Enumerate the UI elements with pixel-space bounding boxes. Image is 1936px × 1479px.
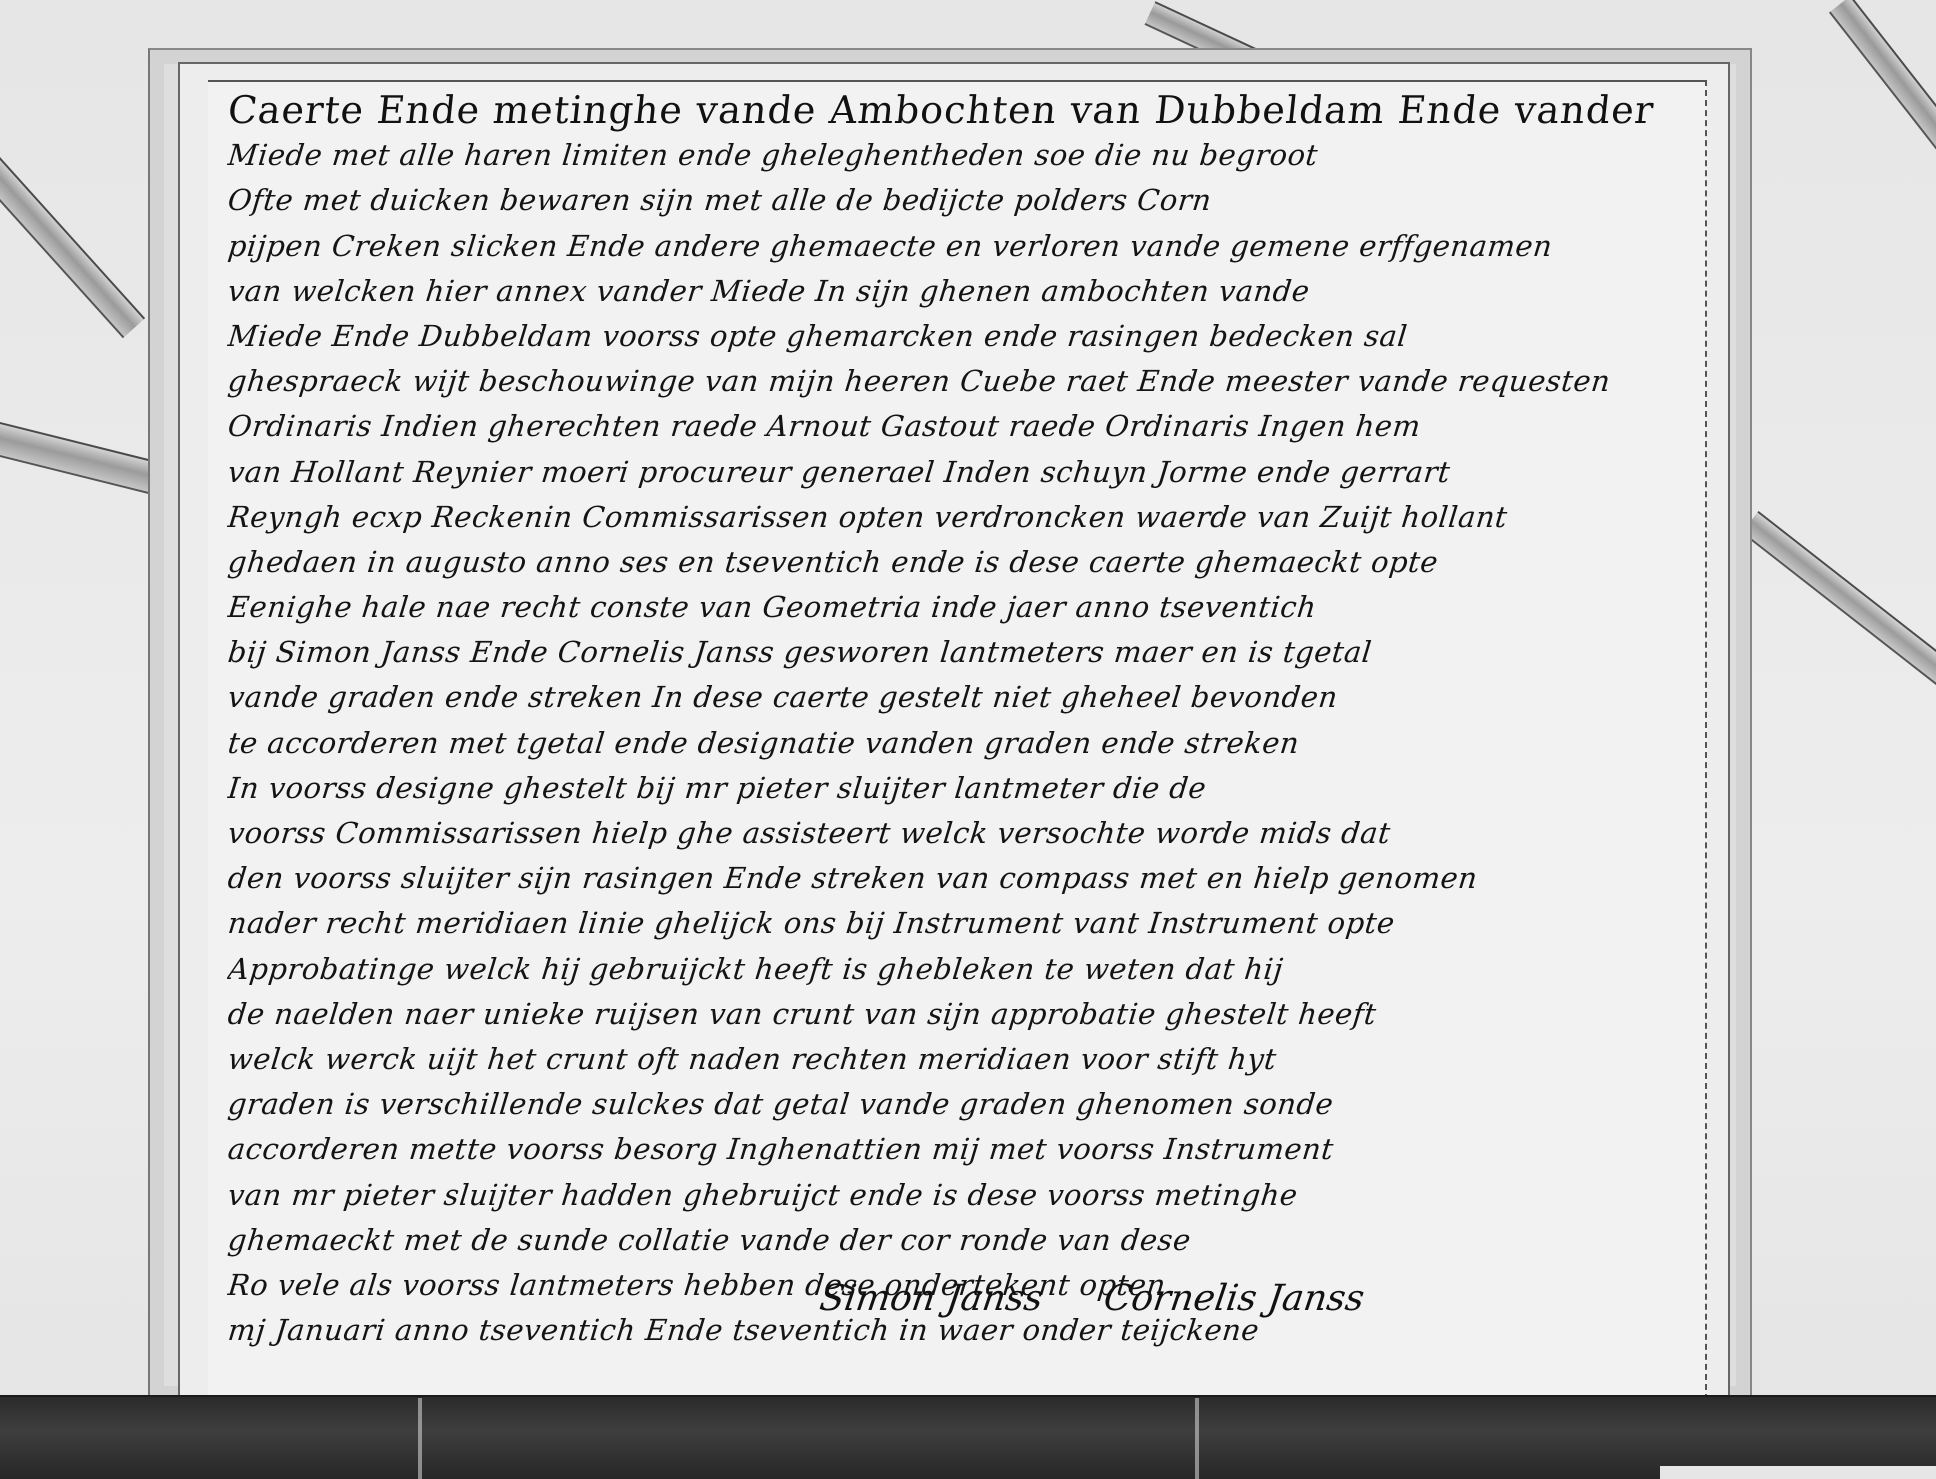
manuscript-line: den voorss sluijter sijn rasingen Ende s… — [226, 856, 1701, 901]
manuscript-line: bij Simon Janss Ende Cornelis Janss gesw… — [226, 630, 1701, 675]
light-bottom-strip — [1660, 1466, 1936, 1479]
fold-crease — [418, 1398, 422, 1479]
manuscript-line: Approbatinge welck hij gebruijckt heeft … — [226, 947, 1701, 992]
signature-cornelis-janss: Cornelis Janss — [1101, 1278, 1367, 1319]
manuscript-line: Reyngh ecxp Reckenin Commissarissen opte… — [226, 495, 1701, 540]
manuscript-line: van Hollant Reynier moeri procureur gene… — [226, 450, 1701, 495]
manuscript-line: nader recht meridiaen linie ghelijck ons… — [226, 901, 1701, 946]
manuscript-line: Ordinaris Indien gherechten raede Arnout… — [226, 404, 1701, 449]
signature-block: Simon Janss Cornelis Janss — [817, 1278, 1417, 1319]
manuscript-line: voorss Commissarissen hielp ghe assistee… — [226, 811, 1701, 856]
manuscript-line: vande graden ende streken In dese caerte… — [226, 675, 1701, 720]
manuscript-line: van welcken hier annex vander Miede In s… — [226, 269, 1701, 314]
manuscript-line: Ofte met duicken bewaren sijn met alle d… — [226, 178, 1701, 223]
manuscript-line: ghemaeckt met de sunde collatie vande de… — [226, 1218, 1701, 1263]
manuscript-line: Miede met alle haren limiten ende gheleg… — [226, 133, 1701, 178]
manuscript-line: Eenighe hale nae recht conste van Geomet… — [226, 585, 1701, 630]
manuscript-line: graden is verschillende sulckes dat geta… — [226, 1082, 1701, 1127]
manuscript-line: ghedaen in augusto anno ses en tseventic… — [226, 540, 1701, 585]
manuscript-line: In voorss designe ghestelt bij mr pieter… — [226, 766, 1701, 811]
manuscript-line: Miede Ende Dubbeldam voorss opte ghemarc… — [226, 314, 1701, 359]
manuscript-text: Caerte Ende metinghe vande Ambochten van… — [228, 88, 1698, 1353]
manuscript-line: welck werck uijt het crunt oft naden rec… — [226, 1037, 1701, 1082]
manuscript-line: accorderen mette voorss besorg Inghenatt… — [226, 1127, 1701, 1172]
manuscript-line: de naelden naer unieke ruijsen van crunt… — [226, 992, 1701, 1037]
manuscript-line: van mr pieter sluijter hadden ghebruijct… — [226, 1173, 1701, 1218]
fold-crease — [1195, 1398, 1199, 1479]
manuscript-line: pijpen Creken slicken Ende andere ghemae… — [226, 224, 1701, 269]
manuscript-line: ghespraeck wijt beschouwinge van mijn he… — [226, 359, 1701, 404]
dark-bottom-edge — [0, 1395, 1936, 1479]
signature-simon-janss: Simon Janss — [817, 1278, 1045, 1319]
manuscript-line: te accorderen met tgetal ende designatie… — [226, 721, 1701, 766]
manuscript-title-line: Caerte Ende metinghe vande Ambochten van… — [226, 88, 1701, 133]
